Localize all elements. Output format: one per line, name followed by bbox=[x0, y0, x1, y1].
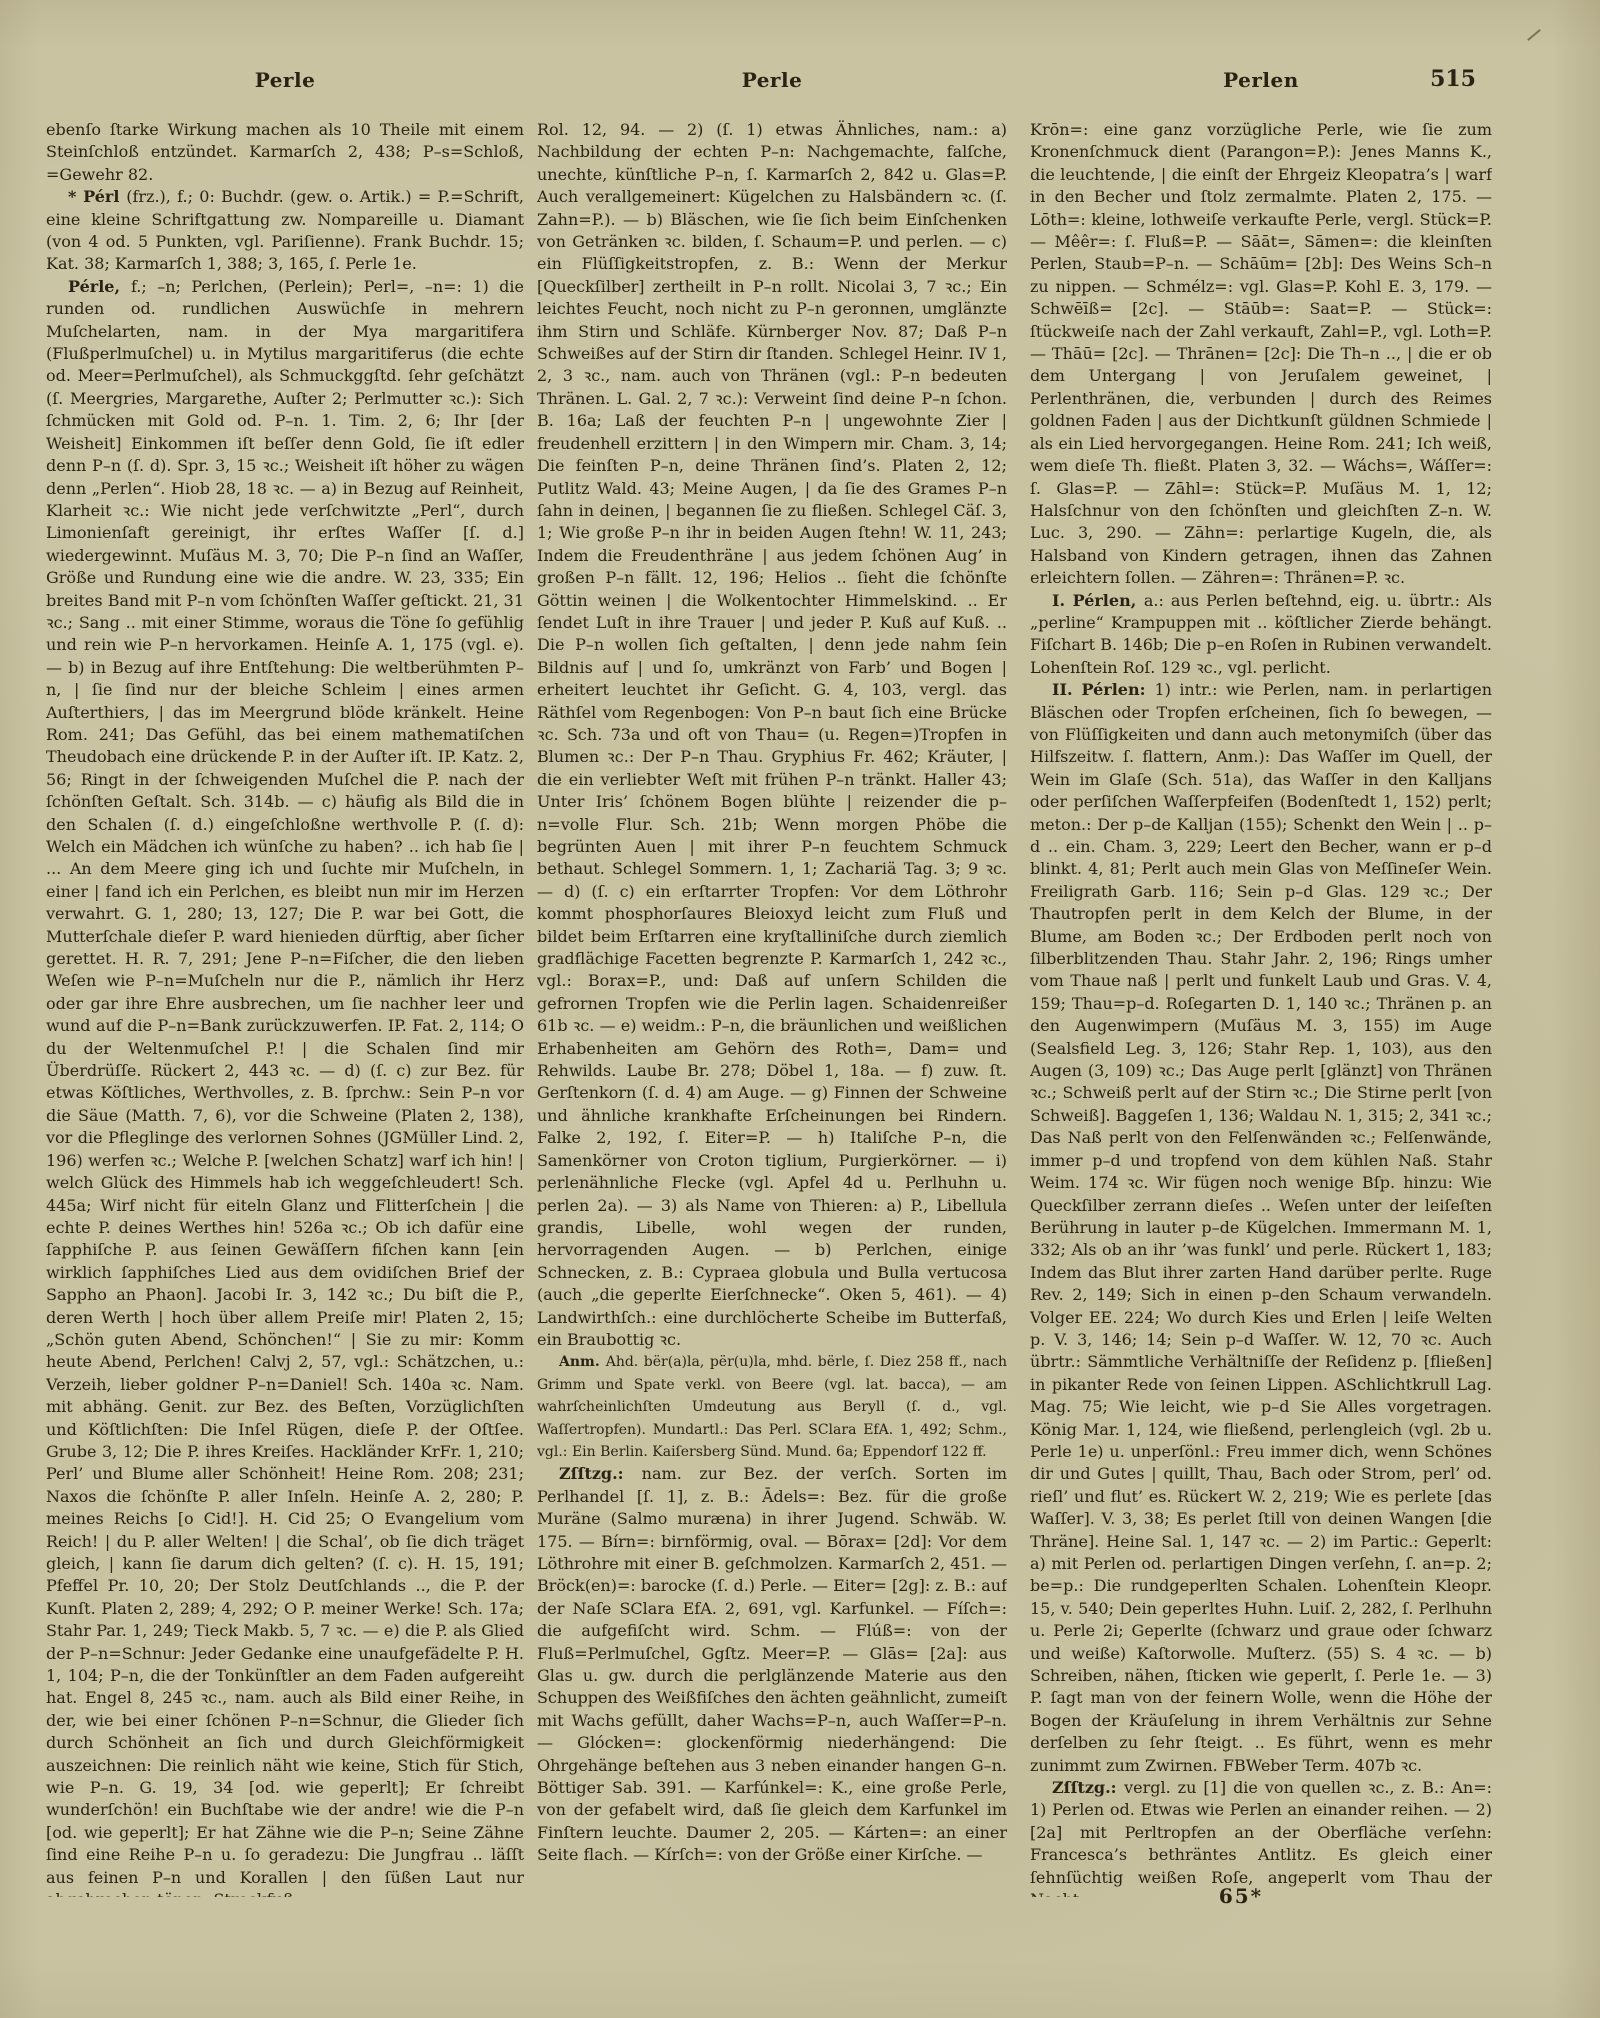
signature-mark: 65* bbox=[1196, 1884, 1286, 1908]
text-column-3: Krōn=: eine ganz vorzügliche Perle, wie … bbox=[1030, 119, 1492, 1897]
entry-paragraph: Krōn=: eine ganz vorzügliche Perle, wie … bbox=[1030, 119, 1492, 590]
entry-paragraph: II. Pérlen: 1) intr.: wie Perlen, nam. i… bbox=[1030, 679, 1492, 1777]
entry-headword: Zſſtzg.: bbox=[559, 1464, 642, 1483]
entry-headword: * Pérl bbox=[68, 187, 126, 206]
entry-paragraph: Anm. Ahd. bër(a)la, për(u)la, mhd. bërle… bbox=[537, 1351, 1007, 1463]
entry-headword: II. Pérlen: bbox=[1052, 680, 1154, 699]
scan-corner-mark bbox=[1527, 29, 1541, 41]
entry-paragraph: Zſſtzg.: vergl. zu [1] die von quellen ꝛ… bbox=[1030, 1777, 1492, 1897]
entry-paragraph: * Pérl (frz.), f.; 0: Buchdr. (gew. o. A… bbox=[46, 186, 524, 276]
entry-headword: Anm. bbox=[559, 1354, 606, 1370]
entry-paragraph: ebenſo ſtarke Wirkung machen als 10 Thei… bbox=[46, 119, 524, 186]
page-number: 515 bbox=[1386, 66, 1476, 92]
entry-headword: Zſſtzg.: bbox=[1052, 1778, 1124, 1797]
text-column-1: ebenſo ſtarke Wirkung machen als 10 Thei… bbox=[46, 119, 524, 1897]
entry-paragraph: I. Pérlen, a.: aus Perlen beſtehnd, eig.… bbox=[1030, 590, 1492, 680]
running-head-left: Perle bbox=[46, 68, 524, 92]
scanned-dictionary-page: { "page": { "colors": { "paper": "#c9c3a… bbox=[0, 0, 1600, 2018]
entry-paragraph: Pérle, f.; –n; Perlchen, (Perlein); Perl… bbox=[46, 276, 524, 1897]
entry-paragraph: Zſſtzg.: nam. zur Bez. der verſch. Sorte… bbox=[537, 1463, 1007, 1866]
entry-headword: Pérle, bbox=[68, 277, 131, 296]
entry-paragraph: Rol. 12, 94. — 2) (ſ. 1) etwas Ähnliches… bbox=[537, 119, 1007, 1351]
entry-headword: I. Pérlen, bbox=[1052, 591, 1144, 610]
text-column-2: Rol. 12, 94. — 2) (ſ. 1) etwas Ähnliches… bbox=[537, 119, 1007, 1897]
running-head-center: Perle bbox=[537, 68, 1007, 92]
